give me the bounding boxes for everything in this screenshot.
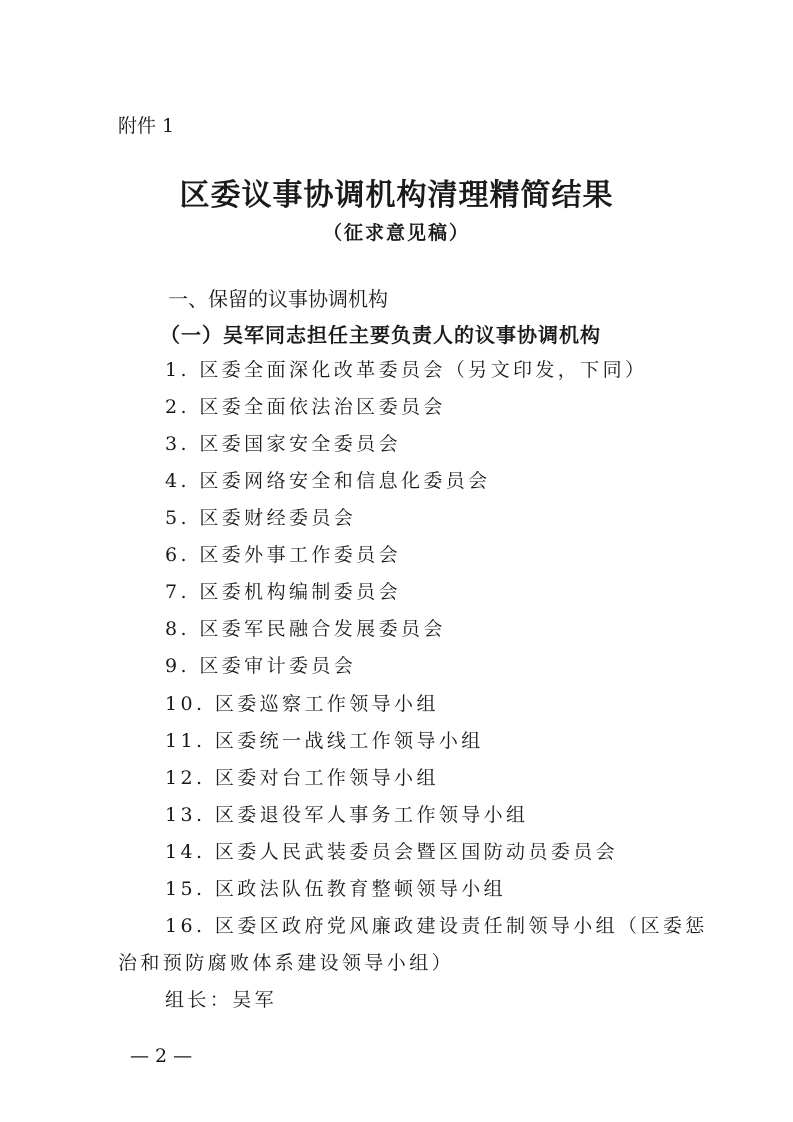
- list-item: 9. 区委审计委员会: [165, 651, 356, 678]
- list-item-continuation: 治和预防腐败体系建设领导小组）: [118, 948, 454, 975]
- leader-line: 组长：吴军: [165, 985, 277, 1012]
- list-item: 15. 区政法队伍教育整顿领导小组: [165, 874, 506, 901]
- list-item: 12. 区委对台工作领导小组: [165, 763, 439, 790]
- attachment-label: 附件 1: [118, 111, 174, 138]
- list-item: 6. 区委外事工作委员会: [165, 540, 401, 567]
- section-heading: 一、保留的议事协调机构: [168, 283, 388, 312]
- subsection-heading: （一）吴军同志担任主要负责人的议事协调机构: [160, 319, 601, 348]
- document-subtitle: （征求意见稿）: [0, 218, 793, 245]
- document-title: 区委议事协调机构清理精简结果: [0, 170, 793, 214]
- list-item: 1. 区委全面深化改革委员会（另文印发，下同）: [165, 355, 647, 382]
- list-item: 7. 区委机构编制委员会: [165, 577, 401, 604]
- list-item: 5. 区委财经委员会: [165, 503, 356, 530]
- list-item: 13. 区委退役军人事务工作领导小组: [165, 800, 528, 827]
- list-item: 8. 区委军民融合发展委员会: [165, 614, 446, 641]
- list-item: 2. 区委全面依法治区委员会: [165, 392, 446, 419]
- list-item: 11. 区委统一战线工作领导小组: [165, 726, 484, 753]
- list-item: 14. 区委人民武装委员会暨区国防动员委员会: [165, 837, 618, 864]
- list-item: 10. 区委巡察工作领导小组: [165, 689, 439, 716]
- page-number: — 2 —: [130, 1045, 192, 1067]
- list-item: 3. 区委国家安全委员会: [165, 429, 401, 456]
- list-item: 16. 区委区政府党风廉政建设责任制领导小组（区委惩: [165, 911, 708, 938]
- list-item: 4. 区委网络安全和信息化委员会: [165, 466, 491, 493]
